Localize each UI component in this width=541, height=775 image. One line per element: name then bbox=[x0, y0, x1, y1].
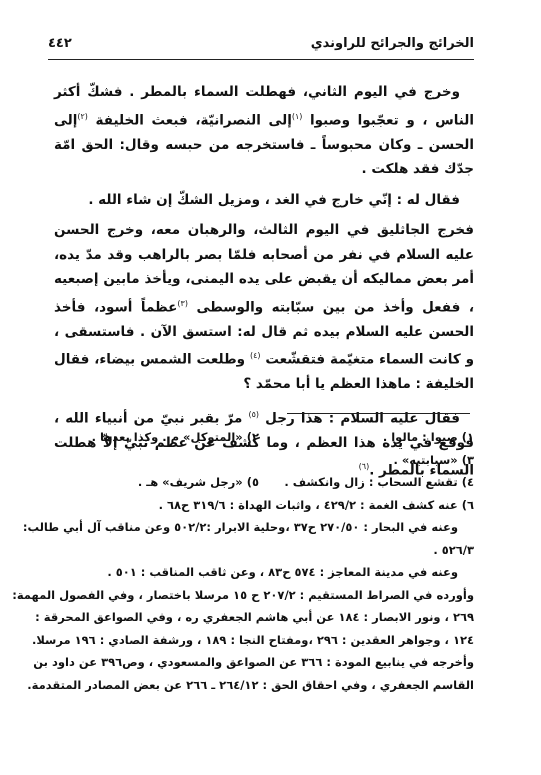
footnote-6-line-6: ٢٦٩ ، ونور الابصار : ١٨٤ عن أبي هاشم الج… bbox=[54, 606, 474, 629]
footnote-4: ٤) تقشع السحاب : زال وانكشف . bbox=[259, 471, 474, 494]
footnote-separator bbox=[287, 413, 470, 414]
footnote-1: ١) صبوا : مالوا . bbox=[259, 426, 474, 449]
footnote-6-line-5: وأورده في الصراط المستقيم : ٢٠٧/٢ ح ١٥ م… bbox=[54, 584, 474, 607]
running-header: الخرائج والجرائح للراوندي ٤٤٢ bbox=[48, 32, 474, 56]
footnote-6-line-4: وعنه في مدينة المعاجز : ٥٧٤ ح٨٣ ، وعن ثا… bbox=[54, 561, 474, 584]
paragraph-1: وخرج في اليوم الثاني، فهطلت السماء بالمط… bbox=[54, 80, 474, 182]
footnote-ref-4[interactable]: (٤) bbox=[250, 351, 261, 360]
footnote-ref-2[interactable]: (٢) bbox=[77, 112, 88, 121]
header-rule bbox=[48, 59, 474, 60]
footnote-ref-1[interactable]: (١) bbox=[292, 112, 303, 121]
page-number: ٤٤٢ bbox=[48, 36, 72, 51]
footnote-ref-5[interactable]: (٥) bbox=[248, 410, 259, 419]
book-title: الخرائج والجرائح للراوندي bbox=[311, 36, 474, 51]
footnote-5: ٥) «رجل شريف» هـ . bbox=[138, 471, 259, 494]
footnote-6-line-7: ١٢٤ ، وجواهر العقدين : ٢٩٦ ،ومفتاح النجا… bbox=[54, 629, 474, 652]
footnote-3: ٣) «سبابتيه» . bbox=[393, 449, 474, 472]
footnote-6-line-3: ٥٢٦/٣ . bbox=[54, 539, 474, 562]
footnote-6-line-2: وعنه في البحار : ٢٧٠/٥٠ ح٣٧ ،وحلية الابر… bbox=[54, 516, 474, 539]
paragraph-2: فقال له : إنّي خارج في الغد ، ومزيل الشك… bbox=[54, 188, 474, 213]
book-page: الخرائج والجرائح للراوندي ٤٤٢ وخرج في ال… bbox=[0, 0, 541, 775]
footnote-2: ٢) «المتوكل» م . وكذا بعدها . bbox=[92, 426, 259, 449]
footnote-6-line-1: ٦) عنه كشف الغمة : ٤٢٩/٢ ، واثبات الهداة… bbox=[54, 494, 474, 517]
footnote-ref-3[interactable]: (٣) bbox=[177, 299, 188, 308]
main-text: وخرج في اليوم الثاني، فهطلت السماء بالمط… bbox=[54, 80, 474, 483]
paragraph-3: فخرج الجاثليق في اليوم الثالث، والرهبان … bbox=[54, 218, 474, 397]
footnote-6-line-9: القاسم الجعفري ، وفي احقاق الحق : ٢٦٤/١٢… bbox=[54, 674, 474, 697]
footnote-6-line-8: وأخرجه في ينابيع المودة : ٣٦٦ عن الصواعق… bbox=[54, 651, 474, 674]
footnotes: ١) صبوا : مالوا . ٢) «المتوكل» م . وكذا … bbox=[54, 426, 474, 696]
